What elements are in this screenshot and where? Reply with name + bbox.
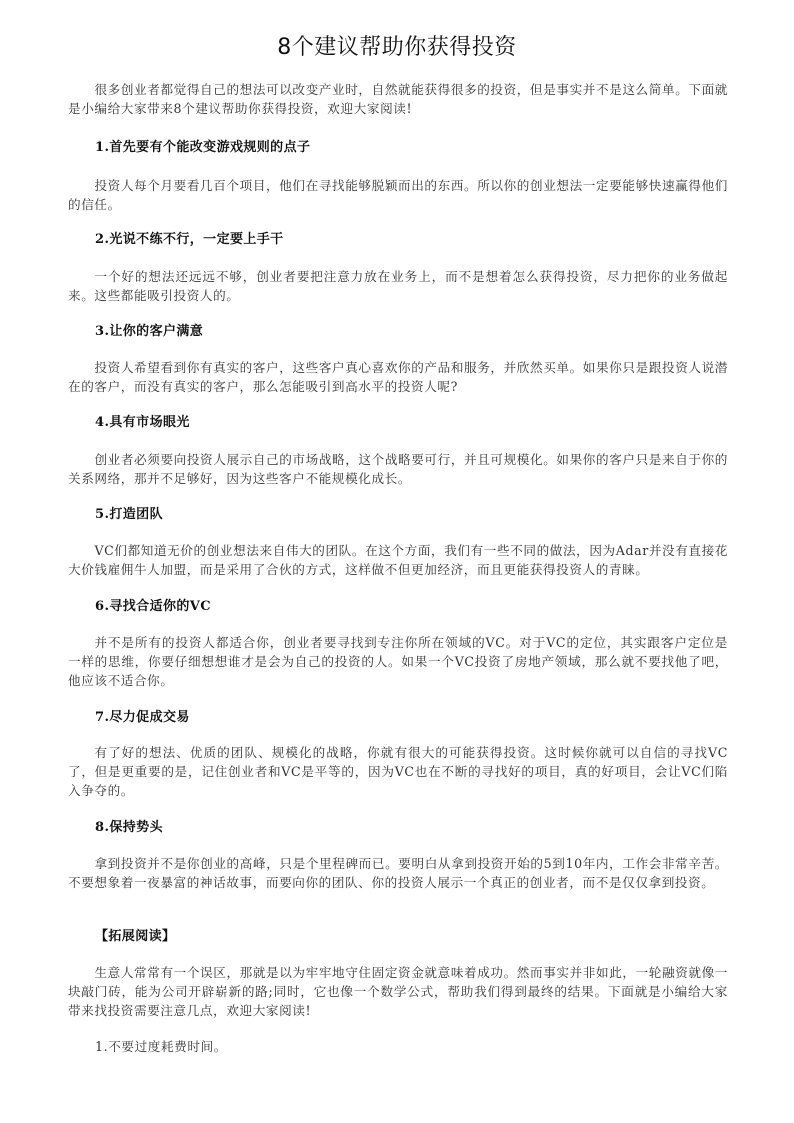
extended-reading-body: 生意人常常有一个误区，那就是以为牢牢地守住固定资金就意味着成功。然而事实并非如此… — [68, 963, 728, 1020]
section-8-heading: 8.保持势头 — [95, 816, 163, 835]
section-3-body: 投资人希望看到你有真实的客户，这些客户真心喜欢你的产品和服务，并欣然买单。如果你… — [68, 358, 728, 396]
extended-point-1: 1.不要过度耗费时间。 — [95, 1036, 227, 1055]
section-7-body: 有了好的想法、优质的团队、规模化的战略，你就有很大的可能获得投资。这时候你就可以… — [68, 743, 728, 800]
section-6-heading: 6.寻找合适你的VC — [95, 595, 211, 614]
section-4-body: 创业者必须要向投资人展示自己的市场战略，这个战略要可行，并且可规模化。如果你的客… — [68, 450, 728, 488]
section-5-body: VC们都知道无价的创业想法来自伟大的团队。在这个方面，我们有一些不同的做法，因为… — [68, 541, 728, 579]
section-1-body: 投资人每个月要看几百个项目，他们在寻找能够脱颖而出的东西。所以你的创业想法一定要… — [68, 176, 728, 214]
extended-reading-heading: 【拓展阅读】 — [95, 925, 175, 944]
document-title: 8个建议帮助你获得投资 — [0, 30, 794, 61]
section-4-heading: 4.具有市场眼光 — [95, 411, 190, 430]
section-8-body: 拿到投资并不是你创业的高峰，只是个里程碑而已。要明白从拿到投资开始的5到10年内… — [68, 854, 728, 892]
section-7-heading: 7.尽力促成交易 — [95, 706, 190, 725]
section-1-heading: 1.首先要有个能改变游戏规则的点子 — [95, 136, 310, 155]
intro-paragraph: 很多创业者都觉得自己的想法可以改变产业时，自然就能获得很多的投资，但是事实并不是… — [68, 80, 728, 118]
section-2-heading: 2.光说不练不行，一定要上手干 — [95, 228, 284, 247]
section-5-heading: 5.打造团队 — [95, 503, 163, 522]
section-2-body: 一个好的想法还远远不够，创业者要把注意力放在业务上，而不是想着怎么获得投资，尽力… — [68, 267, 728, 305]
section-6-body: 并不是所有的投资人都适合你，创业者要寻找到专注你所在领域的VC。对于VC的定位，… — [68, 633, 728, 690]
section-3-heading: 3.让你的客户满意 — [95, 320, 203, 339]
